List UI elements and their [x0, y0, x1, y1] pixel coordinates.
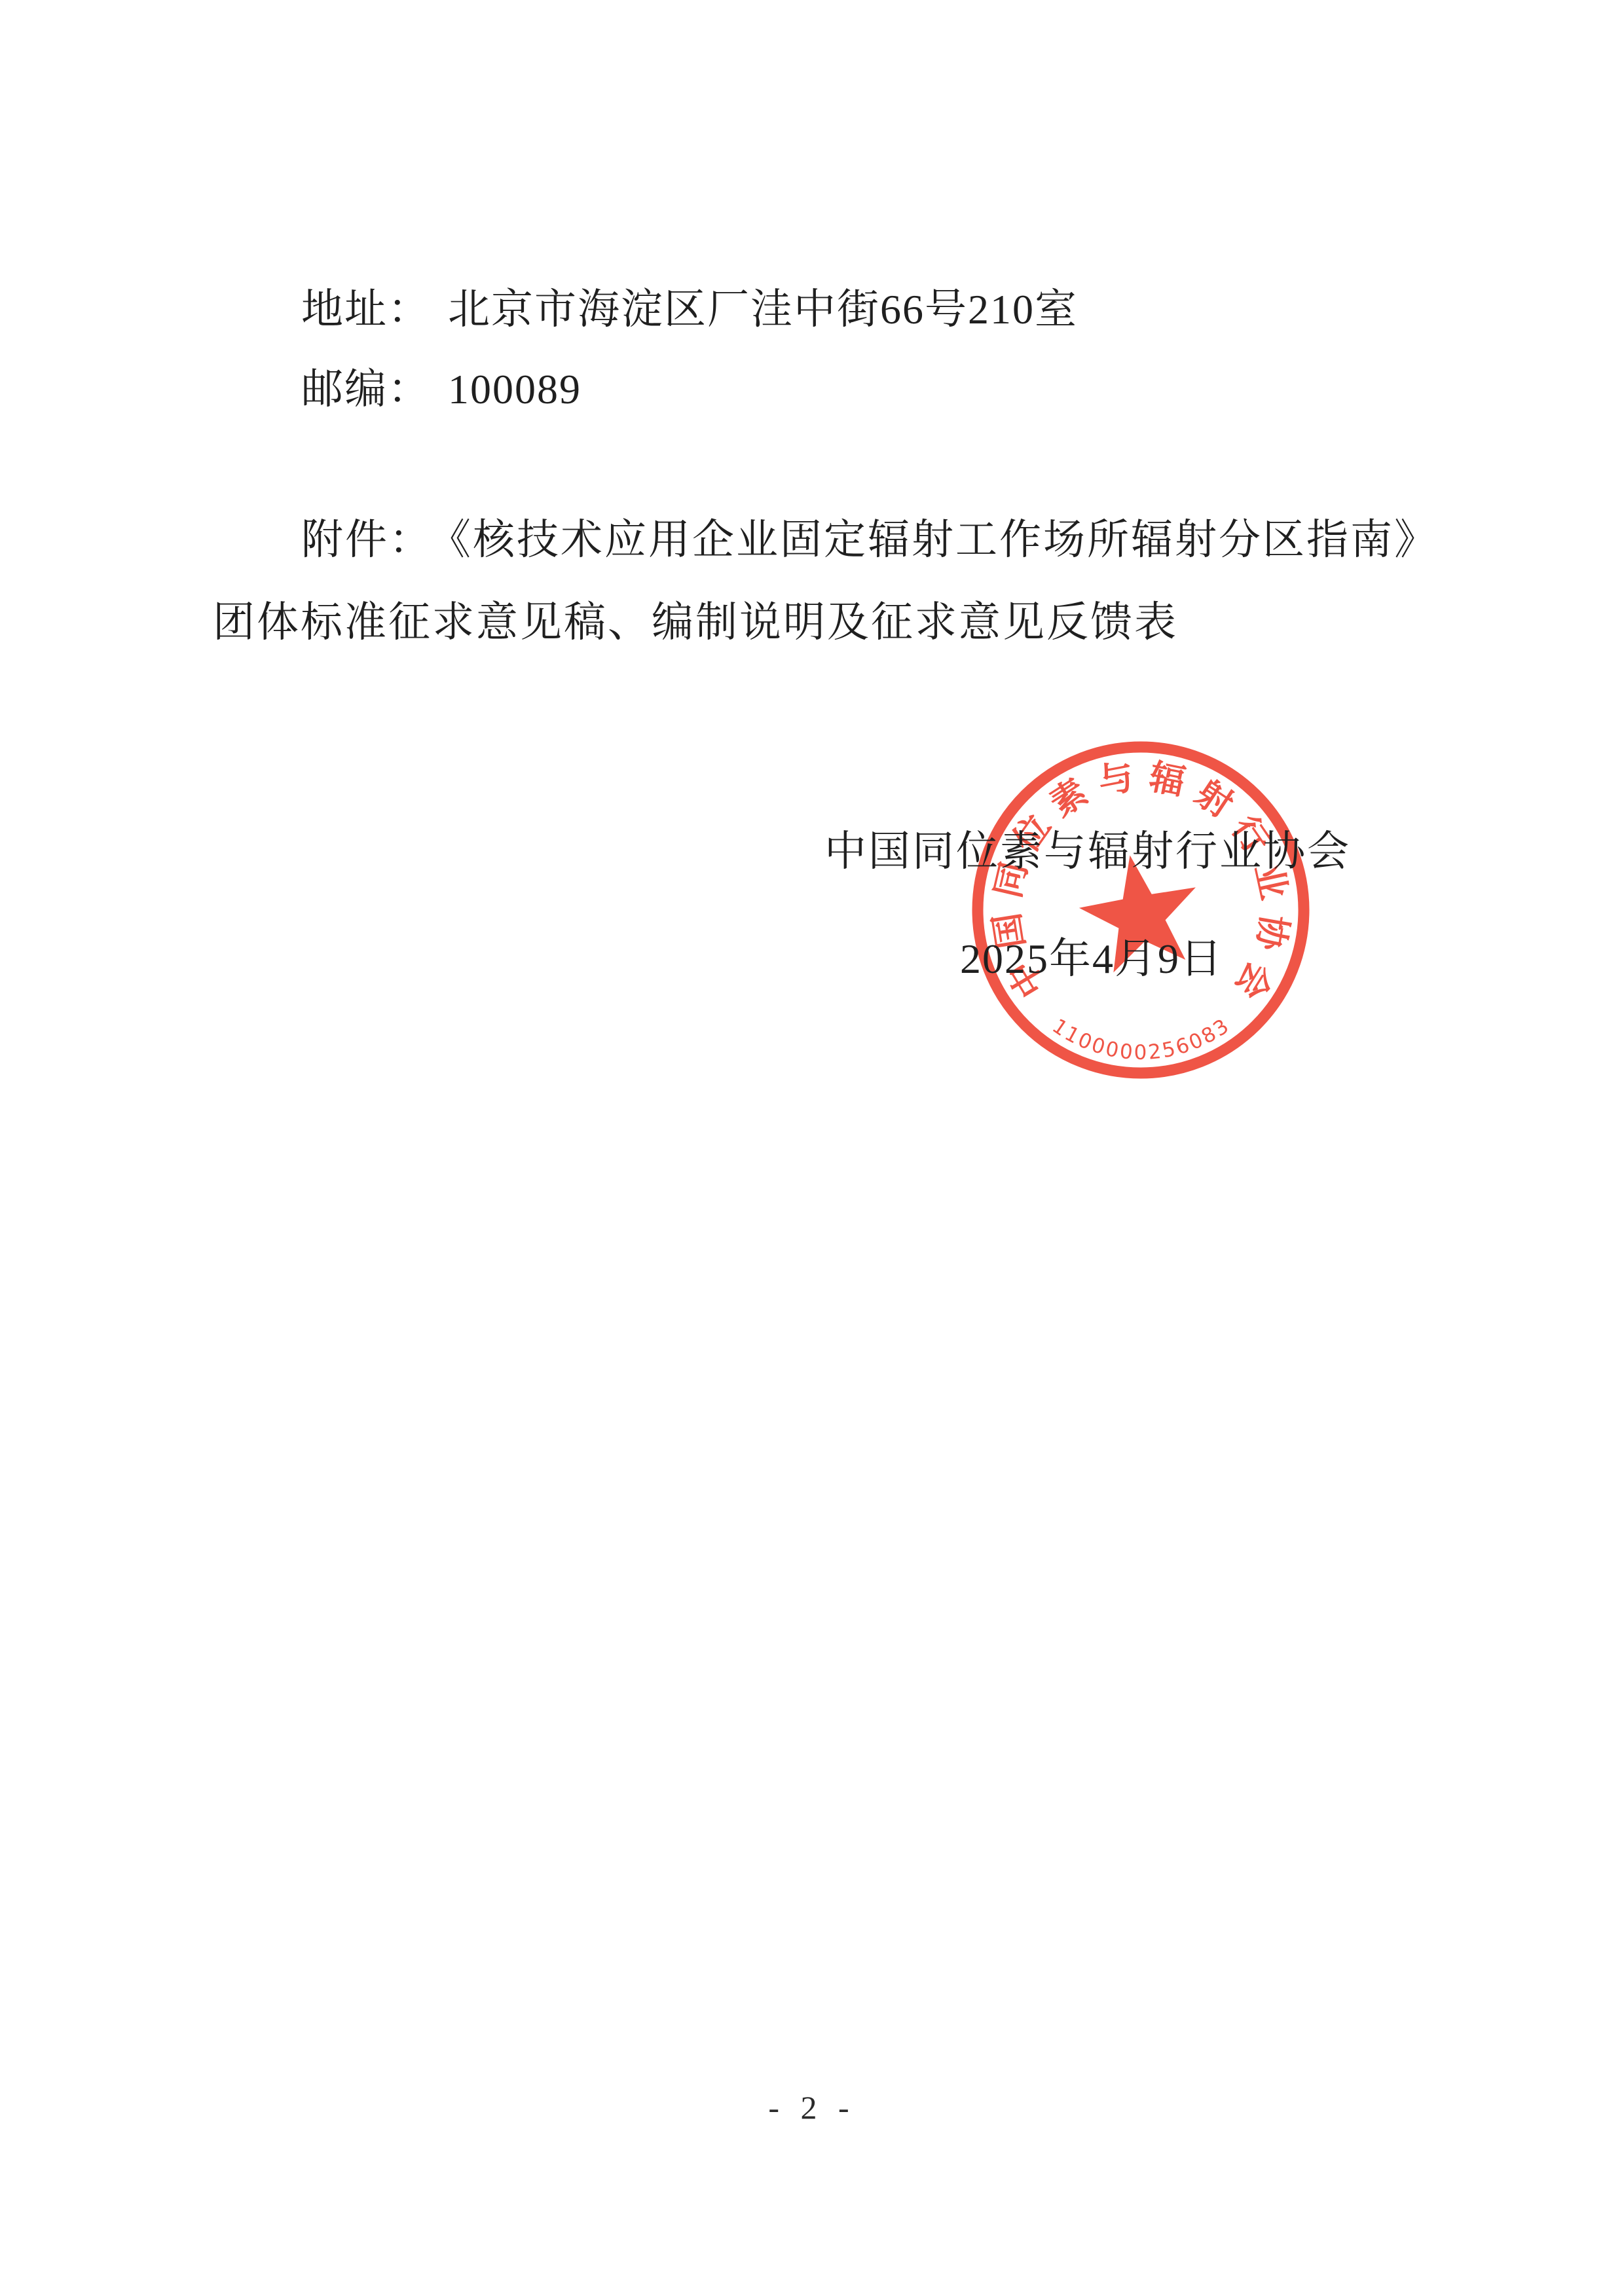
postal-label: 邮编： — [301, 366, 431, 412]
attachment-title: 《核技术应用企业固定辐射工作场所辐射分区指南》 — [450, 517, 1438, 563]
postal-value: 100089 — [448, 366, 581, 412]
document-page: 地址：北京市海淀区厂洼中街66号210室 邮编：100089 附件：《核技术应用… — [0, 0, 1624, 2296]
signature-date: 2025年4月9日 — [960, 936, 1223, 982]
attachment-line2-text: 团体标准征求意见稿、编制说明及征求意见反馈表 — [213, 599, 1178, 646]
signature-org: 中国同位素与辐射行业协会 — [824, 829, 1351, 875]
attachment-label: 附件： — [301, 517, 433, 563]
address-line: 地址：北京市海淀区厂洼中街66号210室 — [301, 287, 1078, 333]
page-number: - 2 - — [0, 2088, 1624, 2126]
official-seal-stamp: 中国同位素与辐射行业协会 1100000256083 — [967, 737, 1314, 1084]
page-number-text: - 2 - — [768, 2089, 855, 2126]
postal-line: 邮编：100089 — [301, 367, 581, 412]
seal-graphic: 中国同位素与辐射行业协会 1100000256083 — [967, 737, 1314, 1084]
address-value: 北京市海淀区厂洼中街66号210室 — [448, 286, 1078, 333]
attachment-line-2: 团体标准征求意见稿、编制说明及征求意见反馈表 — [213, 600, 1178, 646]
signature-date-text: 2025年4月9日 — [960, 936, 1223, 982]
signature-org-text: 中国同位素与辐射行业协会 — [824, 828, 1351, 875]
attachment-line-1: 附件：《核技术应用企业固定辐射工作场所辐射分区指南》 — [301, 517, 1438, 563]
address-label: 地址： — [301, 286, 431, 333]
